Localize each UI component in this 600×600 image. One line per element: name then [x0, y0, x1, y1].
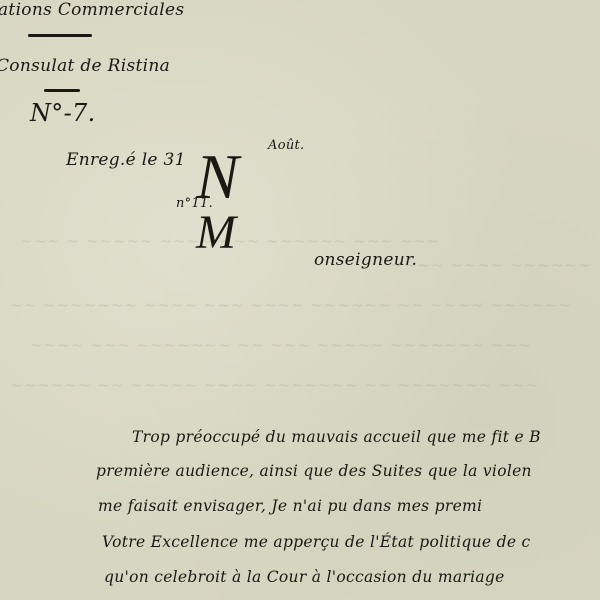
salutation-initial: M	[196, 205, 236, 260]
bleed-through-text: ~~~~ ~~~~ ~~~~~~	[390, 256, 592, 274]
bleed-through-text: ~~~~~~ ~~ ~~~~~ ~~~~ ~~~~~~~ ~~ ~~~~~~~ …	[10, 376, 539, 394]
header-consulate: Consulat de Ristina	[0, 56, 170, 76]
body-line: me faisait envisager, Je n'ai pu dans me…	[98, 497, 482, 515]
salutation-text: onseigneur.	[314, 250, 417, 270]
letter-number: N°-7.	[30, 99, 96, 127]
header-underline	[44, 89, 80, 92]
body-line: qu'on celebroit à la Cour à l'occasion d…	[104, 568, 505, 586]
registration-month: Août.	[268, 138, 304, 153]
registration-date: Enreg.é le 31	[66, 150, 186, 170]
body-line: Votre Excellence me apperçu de l'État po…	[102, 533, 531, 551]
header-department: ations Commerciales	[0, 0, 184, 20]
body-line: première audience, ainsi que des Suites …	[96, 462, 532, 480]
bleed-through-text: ~~~~ ~~~ ~~~~~~~ ~~ ~~~ ~~~~~ ~~~~~~~ ~~…	[30, 336, 532, 354]
header-underline	[28, 34, 92, 37]
bleed-through-text: ~~ ~~~~~~~ ~~~~ ~~~ ~~~~ ~~~~~~ ~~ ~~~~ …	[10, 296, 572, 314]
body-line: Trop préoccupé du mauvais accueil que me…	[132, 428, 541, 446]
